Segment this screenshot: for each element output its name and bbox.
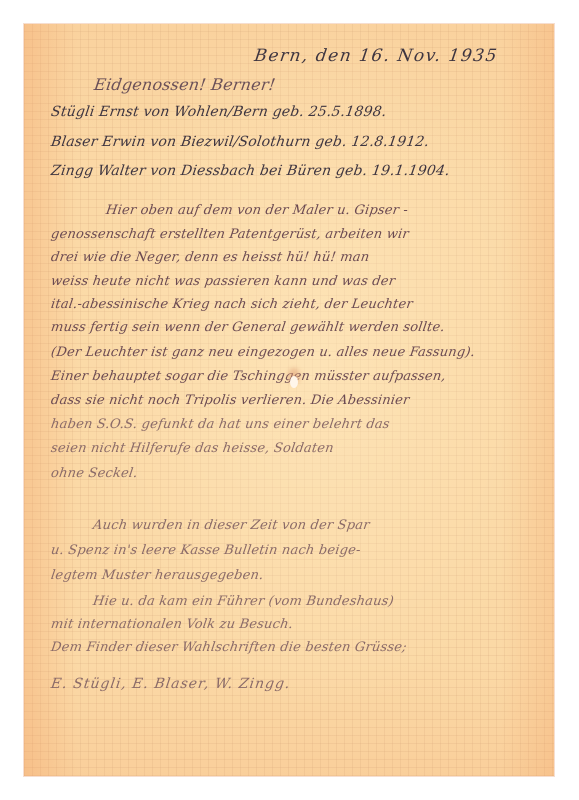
person-line: Stügli Ernst von Wohlen/Bern geb. 25.5.1…: [50, 104, 388, 120]
body-line: u. Spenz in's leere Kasse Bulletin nach …: [50, 543, 362, 558]
body-line: genossenschaft erstellten Patentgerüst, …: [50, 227, 410, 242]
body-line: (Der Leuchter ist ganz neu eingezogen u.…: [50, 345, 476, 360]
letter-date: Bern, den 16. Nov. 1935: [253, 46, 499, 66]
body-line: drei wie die Neger, denn es heisst hü! h…: [50, 250, 370, 265]
body-line: Dem Finder dieser Wahlschriften die best…: [50, 640, 408, 655]
body-line: mit internationalen Volk zu Besuch.: [50, 617, 294, 632]
body-line: Hie u. da kam ein Führer (vom Bundeshaus…: [92, 594, 395, 609]
person-line: Blaser Erwin von Biezwil/Solothurn geb. …: [50, 134, 430, 150]
signatures: E. Stügli, E. Blaser, W. Zingg.: [50, 676, 292, 692]
paper-stain: [290, 376, 298, 388]
body-line: muss fertig sein wenn der General gewähl…: [50, 320, 446, 335]
body-line: seien nicht Hilferufe das heisse, Soldat…: [50, 441, 335, 456]
person-line: Zingg Walter von Diessbach bei Büren geb…: [50, 163, 451, 179]
body-line: haben S.O.S. gefunkt da hat uns einer be…: [50, 417, 391, 432]
body-line: weiss heute nicht was passieren kann und…: [50, 274, 396, 289]
body-line: Hier oben auf dem von der Maler u. Gipse…: [105, 203, 409, 218]
body-line: legtem Muster herausgegeben.: [50, 568, 265, 583]
body-line: dass sie nicht noch Tripolis verlieren. …: [50, 393, 411, 408]
body-line: Einer behauptet sogar die Tschinggen müs…: [50, 369, 447, 384]
body-line: ital.-abessinische Krieg nach sich zieht…: [50, 297, 414, 312]
body-line: ohne Seckel.: [50, 466, 139, 481]
letter-salutation: Eidgenossen! Berner!: [93, 75, 277, 94]
body-line: Auch wurden in dieser Zeit von der Spar: [92, 518, 371, 533]
